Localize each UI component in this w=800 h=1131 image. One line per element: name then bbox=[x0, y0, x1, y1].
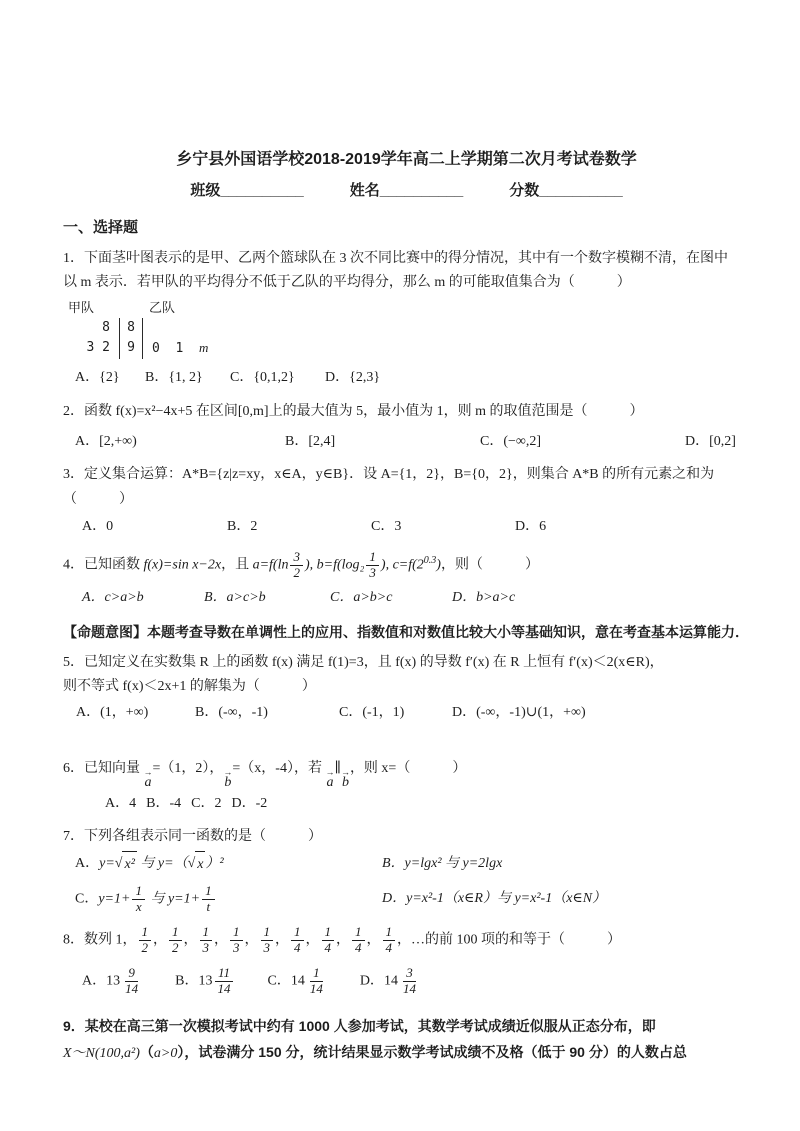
question-5: 5．已知定义在实数集 R 上的函数 f(x) 满足 f(1)=3，且 f(x) … bbox=[63, 651, 750, 725]
q9-stem-line1: 9．某校在高三第一次模拟考试中约有 1000 人参加考试，其数学考试成绩近似服从… bbox=[63, 1013, 750, 1039]
q5-stem-line2: 则不等式 f(x)＜2x+1 的解集为（ ） bbox=[63, 675, 750, 699]
q8-option-d: D．14314 bbox=[360, 966, 421, 997]
stemleaf-row2-right: 0 1 m bbox=[143, 338, 253, 359]
q8-opt-a-d: 14 bbox=[122, 982, 141, 997]
q6-vector-a2-letter: a bbox=[326, 776, 333, 790]
q8-separator: ， bbox=[184, 932, 198, 947]
q5-option-a: A．(1，+∞) bbox=[76, 701, 195, 725]
q6-vector-a-letter: a bbox=[145, 776, 152, 790]
q8-seq2-d: 2 bbox=[169, 941, 182, 956]
q7-radicand-2: x bbox=[195, 851, 205, 878]
q2-options: A．[2,+∞) B．[2,4] C．(−∞,2] D．[0,2] bbox=[63, 430, 750, 454]
q7-option-c-label: C． bbox=[75, 892, 98, 907]
name-label: 姓名 bbox=[350, 182, 380, 199]
q6-text-4: ，则 x=（ ） bbox=[350, 761, 466, 776]
q7-option-a: A．y=√x² 与 y=（√x）² bbox=[75, 851, 382, 878]
q8-option-a: A．13914 bbox=[82, 966, 143, 997]
q8-seq2-n: 1 bbox=[169, 925, 182, 941]
q4-fraction-1: 32 bbox=[290, 550, 303, 581]
q7-frac1-numerator: 1 bbox=[132, 884, 145, 900]
q3-option-b: B．2 bbox=[227, 515, 371, 539]
q4-frac2-numerator: 1 bbox=[366, 550, 379, 566]
name-field: 姓名__________ bbox=[350, 179, 463, 200]
q5-options: A．(1，+∞) B．(-∞，-1) C．(-1，1) D．(-∞，-1)∪(1… bbox=[63, 701, 750, 725]
q8-option-b-fraction: 1114 bbox=[214, 966, 233, 997]
q8-separator: ， bbox=[245, 932, 259, 947]
q8-seq7-n: 1 bbox=[322, 925, 335, 941]
stemleaf-left-header: 甲队 bbox=[68, 298, 119, 318]
q8-seq-frac-7: 14 bbox=[322, 925, 335, 956]
q8-separator: ， bbox=[306, 932, 320, 947]
q4-formula-c: ), c=f(2 bbox=[381, 558, 424, 573]
q8-seq5-d: 3 bbox=[261, 941, 274, 956]
q4-frac2-denominator: 3 bbox=[366, 566, 379, 581]
q2-stem: 2．函数 f(x)=x²−4x+5 在区间[0,m]上的最大值为 5，最小值为 … bbox=[63, 399, 750, 425]
q8-opt-b-d: 14 bbox=[214, 982, 233, 997]
q6-option-d: D．-2 bbox=[231, 792, 267, 816]
intent-note: 【命题意图】本题考查导数在单调性上的应用、指数值和对数值比较大小等基础知识，意在… bbox=[63, 619, 750, 645]
q1-options: A．{2} B．{1, 2} C．{0,1,2} D．{2,3} bbox=[63, 366, 750, 390]
q7-options: A．y=√x² 与 y=（√x）² B．y=lgx² 与 y=2lgx C．y=… bbox=[63, 851, 750, 915]
q9-text-2: ），试卷满分 150 分，统计结果显示数学考试成绩不及格（低于 90 分）的人数… bbox=[177, 1044, 687, 1060]
q9-distribution-formula: X～N(100,a²) bbox=[63, 1046, 140, 1061]
stemleaf-header-gap bbox=[119, 298, 143, 318]
q8-separator: ， bbox=[367, 932, 381, 947]
q8-option-c-label: C． bbox=[267, 974, 290, 989]
q8-seq9-d: 4 bbox=[383, 941, 396, 956]
radical-symbol: √ bbox=[115, 851, 123, 877]
q2-option-a: A．[2,+∞) bbox=[75, 430, 285, 454]
q6-option-b: B．-4 bbox=[146, 792, 181, 816]
q8-separator: ， bbox=[275, 932, 289, 947]
q6-vector-b2: →b bbox=[341, 768, 350, 790]
stemleaf-row2-left: 3 2 bbox=[68, 338, 119, 359]
q2-option-b: B．[2,4] bbox=[285, 430, 480, 454]
q8-opt-c-n: 1 bbox=[310, 966, 323, 982]
q2-option-d: D．[0,2] bbox=[685, 430, 750, 454]
q7-fraction-1: 1x bbox=[132, 884, 145, 915]
stemleaf-right-header: 乙队 bbox=[143, 298, 253, 318]
q6-vector-a: →a bbox=[144, 768, 153, 790]
q6-text-1: 6．已知向量 bbox=[63, 761, 144, 776]
q8-option-d-fraction: 314 bbox=[400, 966, 419, 997]
stemleaf-row1-stem: 8 bbox=[119, 318, 143, 338]
q1-line1: 1．下面茎叶图表示的是甲、乙两个篮球队在 3 次不同比赛中的得分情况，其中有一个… bbox=[63, 247, 750, 271]
q7-option-c-m1: y=1+ bbox=[98, 892, 130, 907]
q7-option-d: D．y=x²-1（x∈R）与 y=x²-1（x∈N） bbox=[382, 886, 750, 912]
q8-seq-frac-6: 14 bbox=[291, 925, 304, 956]
q8-option-b-label: B． bbox=[175, 974, 198, 989]
q7-frac2-denominator: t bbox=[204, 900, 214, 915]
q4-formula-fx: f(x)=sin x−2x bbox=[144, 558, 222, 573]
stemleaf-row1-right bbox=[143, 318, 253, 338]
q8-option-a-whole: 13 bbox=[106, 974, 120, 989]
q4-frac1-numerator: 3 bbox=[290, 550, 303, 566]
question-1: 1．下面茎叶图表示的是甲、乙两个篮球队在 3 次不同比赛中的得分情况，其中有一个… bbox=[63, 247, 750, 390]
question-2: 2．函数 f(x)=x²−4x+5 在区间[0,m]上的最大值为 5，最小值为 … bbox=[63, 399, 750, 454]
q3-option-d: D．6 bbox=[515, 515, 750, 539]
q4-stem: 4．已知函数 f(x)=sin x−2x，且 a=f(ln32), b=f(lo… bbox=[63, 548, 750, 581]
q9-stem-line2: X～N(100,a²)（a>0），试卷满分 150 分，统计结果显示数学考试成绩… bbox=[63, 1039, 750, 1067]
q4-option-d: D．b>a>c bbox=[452, 586, 750, 610]
q7-fraction-2: 1t bbox=[202, 884, 215, 915]
class-field: 班级__________ bbox=[190, 179, 303, 200]
q8-option-a-label: A． bbox=[82, 974, 106, 989]
q9-text-1: （ bbox=[140, 1044, 154, 1060]
q8-seq1-n: 1 bbox=[139, 925, 152, 941]
q8-seq-frac-2: 12 bbox=[169, 925, 182, 956]
q6-stem: 6．已知向量 →a=（1，2），→b=（x，-4），若 →a∥→b，则 x=（ … bbox=[63, 757, 750, 790]
q6-text-3: =（x，-4），若 bbox=[232, 761, 325, 776]
q1-line2: 以 m 表示．若甲队的平均得分不低于乙队的平均得分，那么 m 的可能取值集合为（… bbox=[63, 271, 750, 295]
q8-seq5-n: 1 bbox=[261, 925, 274, 941]
q8-seq-frac-1: 12 bbox=[139, 925, 152, 956]
question-4: 4．已知函数 f(x)=sin x−2x，且 a=f(ln32), b=f(lo… bbox=[63, 548, 750, 610]
q5-stem-line1: 5．已知定义在实数集 R 上的函数 f(x) 满足 f(1)=3，且 f(x) … bbox=[63, 651, 750, 675]
q8-seq3-d: 3 bbox=[200, 941, 213, 956]
q8-seq7-d: 4 bbox=[322, 941, 335, 956]
stemleaf-row2-stem: 9 bbox=[119, 338, 143, 359]
q8-seq6-d: 4 bbox=[291, 941, 304, 956]
q7-option-a-m1: y= bbox=[99, 856, 115, 871]
score-field: 分数__________ bbox=[509, 179, 622, 200]
question-8: 8．数列 1，12，12，13，13，13，14，14，14，14，…的前 10… bbox=[63, 925, 750, 1003]
q1-option-d: D．{2,3} bbox=[325, 366, 750, 390]
q6-option-c: C．2 bbox=[191, 792, 221, 816]
q9-condition: a>0 bbox=[154, 1046, 177, 1061]
q8-seq4-n: 1 bbox=[230, 925, 243, 941]
q4-text-2: ，且 bbox=[221, 558, 253, 573]
class-label: 班级 bbox=[190, 182, 220, 199]
q8-seq-frac-4: 13 bbox=[230, 925, 243, 956]
radical-symbol: √ bbox=[188, 851, 196, 877]
q8-separator: ， bbox=[153, 932, 167, 947]
q8-seq-frac-9: 14 bbox=[383, 925, 396, 956]
q6-options: A．4 B．-4 C．2 D．-2 bbox=[63, 792, 750, 816]
q8-seq8-n: 1 bbox=[352, 925, 365, 941]
q8-option-d-whole: 14 bbox=[384, 974, 398, 989]
q7-option-b: B．y=lgx² 与 y=2lgx bbox=[382, 851, 750, 877]
stemleaf-row2-right-m: m bbox=[199, 340, 208, 355]
q8-separator: ， bbox=[214, 932, 228, 947]
q8-option-b: B．131114 bbox=[175, 966, 235, 997]
question-9: 9．某校在高三第一次模拟考试中约有 1000 人参加考试，其数学考试成绩近似服从… bbox=[63, 1013, 750, 1067]
question-3: 3．定义集合运算：A*B={z|z=xy，x∈A，y∈B}．设 A={1，2}，… bbox=[63, 463, 750, 539]
q4-option-a: A．c>a>b bbox=[82, 586, 204, 610]
q8-opt-d-n: 3 bbox=[403, 966, 416, 982]
q8-seq6-n: 1 bbox=[291, 925, 304, 941]
q5-option-d: D．(-∞，-1)∪(1，+∞) bbox=[452, 701, 750, 725]
q4-option-b: B．a>c>b bbox=[204, 586, 330, 610]
q7-option-a-label: A． bbox=[75, 856, 99, 871]
q8-opt-a-n: 9 bbox=[125, 966, 138, 982]
q8-seq-frac-8: 14 bbox=[352, 925, 365, 956]
q8-option-a-fraction: 914 bbox=[122, 966, 141, 997]
q6-option-a: A．4 bbox=[105, 792, 136, 816]
q7-frac1-denominator: x bbox=[133, 900, 145, 915]
q7-option-c: C．y=1+1x 与 y=1+1t bbox=[75, 884, 382, 915]
q7-option-a-m3: ）² bbox=[205, 856, 223, 871]
q7-radical-2: √x bbox=[188, 851, 206, 878]
q8-opt-d-d: 14 bbox=[400, 982, 419, 997]
q8-option-c-fraction: 114 bbox=[307, 966, 326, 997]
q4-frac1-denominator: 2 bbox=[290, 566, 303, 581]
q8-option-d-label: D． bbox=[360, 974, 384, 989]
q4-text-3: ，则（ ） bbox=[441, 558, 539, 573]
q8-separator: ， bbox=[336, 932, 350, 947]
exam-page: 乡宁县外国语学校2018-2019学年高二上学期第二次月考试卷数学 班级____… bbox=[0, 0, 800, 1109]
q8-opt-b-n: 11 bbox=[215, 966, 233, 982]
q8-options: A．13914 B．131114 C．14114 D．14314 bbox=[63, 961, 750, 1003]
q8-option-b-whole: 13 bbox=[198, 974, 212, 989]
stemleaf-row2-right-nums: 0 1 bbox=[152, 341, 199, 356]
q1-option-b: B．{1, 2} bbox=[145, 366, 230, 390]
q5-option-b: B．(-∞，-1) bbox=[195, 701, 339, 725]
q3-stem-line2: （ ） bbox=[63, 487, 750, 513]
q8-seq9-n: 1 bbox=[383, 925, 396, 941]
q8-seq-frac-3: 13 bbox=[200, 925, 213, 956]
q8-seq1-d: 2 bbox=[139, 941, 152, 956]
score-label: 分数 bbox=[509, 182, 539, 199]
score-blank-line: __________ bbox=[539, 182, 622, 199]
q7-radical-1: √x² bbox=[115, 851, 137, 878]
q8-seq8-d: 4 bbox=[352, 941, 365, 956]
q7-frac2-numerator: 1 bbox=[202, 884, 215, 900]
student-info-row: 班级__________ 姓名__________ 分数__________ bbox=[63, 179, 750, 200]
q1-option-a: A．{2} bbox=[75, 366, 145, 390]
q8-stem: 8．数列 1，12，12，13，13，13，14，14，14，14，…的前 10… bbox=[63, 925, 750, 956]
q4-text-1: 4．已知函数 bbox=[63, 558, 144, 573]
section-heading: 一、选择题 bbox=[63, 216, 750, 237]
q8-opt-c-d: 14 bbox=[307, 982, 326, 997]
q6-vector-b-letter: b bbox=[224, 776, 231, 790]
q7-option-c-m2: 与 y=1+ bbox=[147, 892, 200, 907]
q2-option-c: C．(−∞,2] bbox=[480, 430, 685, 454]
page-title: 乡宁县外国语学校2018-2019学年高二上学期第二次月考试卷数学 bbox=[63, 146, 750, 169]
q8-option-c: C．14114 bbox=[267, 966, 327, 997]
question-7: 7．下列各组表示同一函数的是（ ） A．y=√x² 与 y=（√x）² B．y=… bbox=[63, 825, 750, 915]
name-blank-line: __________ bbox=[380, 182, 463, 199]
class-blank-line: __________ bbox=[220, 182, 303, 199]
q8-seq4-d: 3 bbox=[230, 941, 243, 956]
q1-option-c: C．{0,1,2} bbox=[230, 366, 325, 390]
q6-text-2: =（1，2）， bbox=[153, 761, 224, 776]
q7-radicand-1: x² bbox=[122, 851, 136, 878]
q4-fraction-2: 13 bbox=[366, 550, 379, 581]
q4-options: A．c>a>b B．a>c>b C．a>b>c D．b>a>c bbox=[63, 586, 750, 610]
q4-formula-a: a=f(ln bbox=[253, 558, 289, 573]
q8-text-2: ，…的前 100 项的和等于（ ） bbox=[397, 932, 621, 947]
q5-option-c: C．(-1，1) bbox=[339, 701, 452, 725]
q8-text-1: 8．数列 1， bbox=[63, 932, 137, 947]
q3-option-c: C．3 bbox=[371, 515, 515, 539]
q3-stem-line1: 3．定义集合运算：A*B={z|z=xy，x∈A，y∈B}．设 A={1，2}，… bbox=[63, 463, 750, 487]
q3-options: A．0 B．2 C．3 D．6 bbox=[63, 515, 750, 539]
q8-seq-frac-5: 13 bbox=[261, 925, 274, 956]
q3-option-a: A．0 bbox=[82, 515, 227, 539]
stem-leaf-plot: 甲队 乙队 8 8 3 2 9 0 1 m bbox=[68, 298, 750, 359]
q7-option-a-m2: 与 y=（ bbox=[137, 856, 188, 871]
q6-vector-b2-letter: b bbox=[342, 776, 349, 790]
q8-seq3-n: 1 bbox=[200, 925, 213, 941]
question-6: 6．已知向量 →a=（1，2），→b=（x，-4），若 →a∥→b，则 x=（ … bbox=[63, 757, 750, 816]
q7-stem: 7．下列各组表示同一函数的是（ ） bbox=[63, 825, 750, 849]
q4-formula-b: ), b=f(log₂ bbox=[305, 558, 364, 573]
q4-exponent: 0.3 bbox=[424, 555, 437, 566]
stemleaf-row1-left: 8 bbox=[68, 318, 119, 338]
q8-option-c-whole: 14 bbox=[291, 974, 305, 989]
q4-option-c: C．a>b>c bbox=[330, 586, 452, 610]
